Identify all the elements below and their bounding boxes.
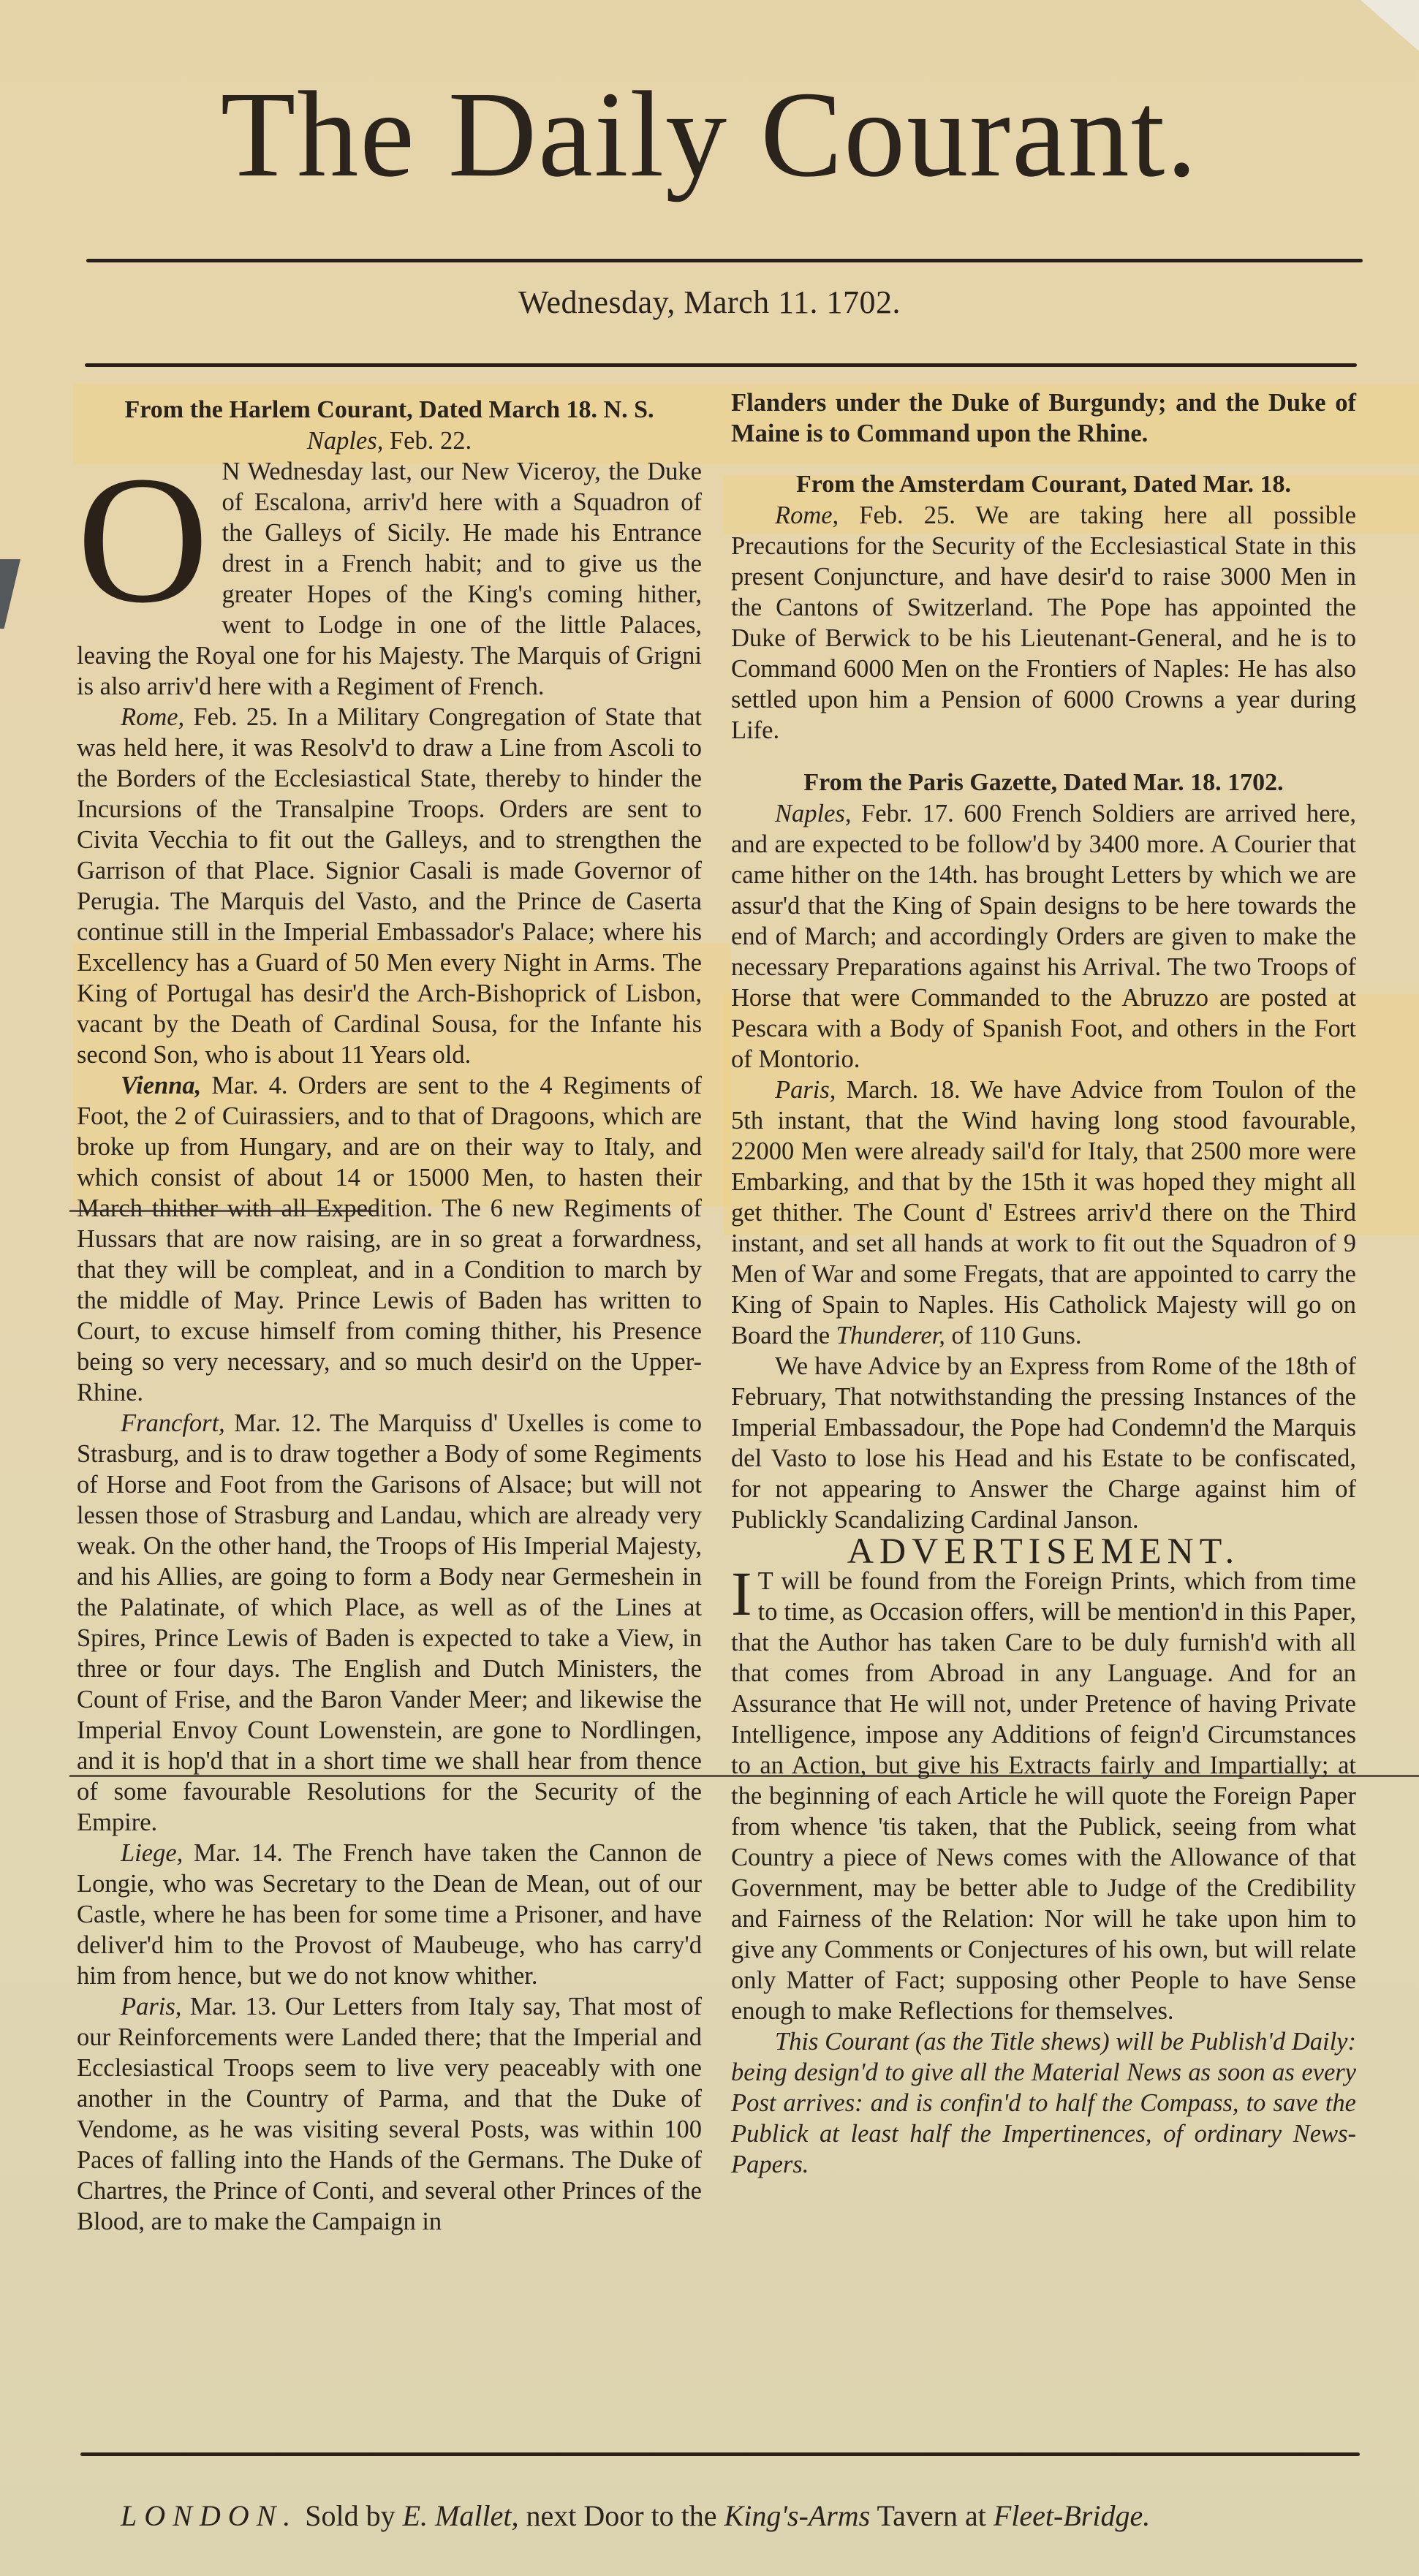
liege-place: Liege, — [121, 1839, 183, 1867]
liege-article: Liege, Mar. 14. The French have taken th… — [77, 1838, 702, 1991]
rome-article: Rome, Feb. 25. In a Military Congregatio… — [77, 702, 702, 1070]
rome-express-article: We have Advice by an Express from Rome o… — [731, 1351, 1356, 1535]
advertisement-body: IT will be found from the Foreign Prints… — [731, 1566, 1356, 2026]
vienna-place: Vienna, — [121, 1072, 201, 1099]
drop-cap-o: O — [77, 463, 209, 617]
paris-place: Paris, — [121, 1993, 181, 2020]
rome-body: Feb. 25. We are taking here all possible… — [731, 501, 1356, 744]
issue-dateline: Wednesday, March 11. 1702. — [0, 284, 1419, 321]
francfort-place: Francfort, — [121, 1409, 225, 1437]
francfort-article: Francfort, Mar. 12. The Marquiss d' Uxel… — [77, 1408, 702, 1838]
paris-toulon-article: Paris, March. 18. We have Advice from To… — [731, 1075, 1356, 1351]
imprint-line: LONDON. Sold by E. Mallet, next Door to … — [121, 2499, 1150, 2533]
continued-text: Flanders under the Duke of Burgundy; and… — [731, 387, 1356, 449]
harlem-courant-header: From the Harlem Courant, Dated March 18.… — [77, 395, 702, 425]
masthead-title: The Daily Courant. — [0, 73, 1419, 196]
publication-note: This Courant (as the Title shews) will b… — [731, 2026, 1356, 2180]
rome-place: Rome, — [775, 501, 839, 529]
imprint-next-door: next Door to the — [518, 2499, 724, 2532]
naples-body: Febr. 17. 600 French Soldiers are arrive… — [731, 800, 1356, 1073]
imprint-seller: E. Mallet, — [403, 2499, 519, 2532]
torn-corner — [1361, 0, 1419, 51]
naples-place: Naples, — [307, 427, 383, 455]
left-column: From the Harlem Courant, Dated March 18.… — [77, 395, 702, 2237]
paris-article: Paris, Mar. 13. Our Letters from Italy s… — [77, 1991, 702, 2237]
amsterdam-courant-header: From the Amsterdam Courant, Dated Mar. 1… — [731, 469, 1356, 500]
naples-place: Naples, — [775, 800, 851, 827]
masthead-rule-top — [86, 259, 1363, 262]
advertisement-title: ADVERTISEMENT. — [731, 1535, 1356, 1566]
paris-body-end: of 110 Guns. — [945, 1322, 1082, 1349]
francfort-body: Mar. 12. The Marquiss d' Uxelles is come… — [77, 1409, 702, 1836]
vienna-article: Vienna, Mar. 4. Orders are sent to the 4… — [77, 1070, 702, 1408]
naples-date: Feb. 22. — [383, 427, 472, 455]
paris-body: Mar. 13. Our Letters from Italy say, Tha… — [77, 1993, 702, 2235]
paris-gazette-header: From the Paris Gazette, Dated Mar. 18. 1… — [731, 768, 1356, 798]
imprint-location: Fleet-Bridge. — [994, 2499, 1150, 2532]
rome-place: Rome, — [121, 703, 184, 731]
vienna-body: Mar. 4. Orders are sent to the 4 Regimen… — [77, 1072, 702, 1406]
paris-body: March. 18. We have Advice from Toulon of… — [731, 1076, 1356, 1349]
naples-paris-article: Naples, Febr. 17. 600 French Soldiers ar… — [731, 798, 1356, 1075]
rome-amsterdam-article: Rome, Feb. 25. We are taking here all po… — [731, 500, 1356, 746]
imprint-tavern-name: King's-Arms — [724, 2499, 871, 2532]
right-column: Flanders under the Duke of Burgundy; and… — [731, 387, 1356, 2180]
rome-body: Feb. 25. In a Military Congregation of S… — [77, 703, 702, 1069]
masthead-rule-bottom — [85, 363, 1357, 367]
naples-article: ON Wednesday last, our New Viceroy, the … — [77, 456, 702, 702]
imprint-sold-by: Sold by — [298, 2499, 402, 2532]
footer-rule — [80, 2452, 1360, 2456]
imprint-tavern: Tavern at — [870, 2499, 994, 2532]
paris-place: Paris, — [775, 1076, 836, 1104]
drop-cap-i: I — [731, 1566, 752, 1621]
imprint-city: LONDON. — [121, 2499, 298, 2532]
advertisement-text: T will be found from the Foreign Prints,… — [731, 1567, 1356, 2025]
ship-name: Thunderer, — [836, 1322, 945, 1349]
